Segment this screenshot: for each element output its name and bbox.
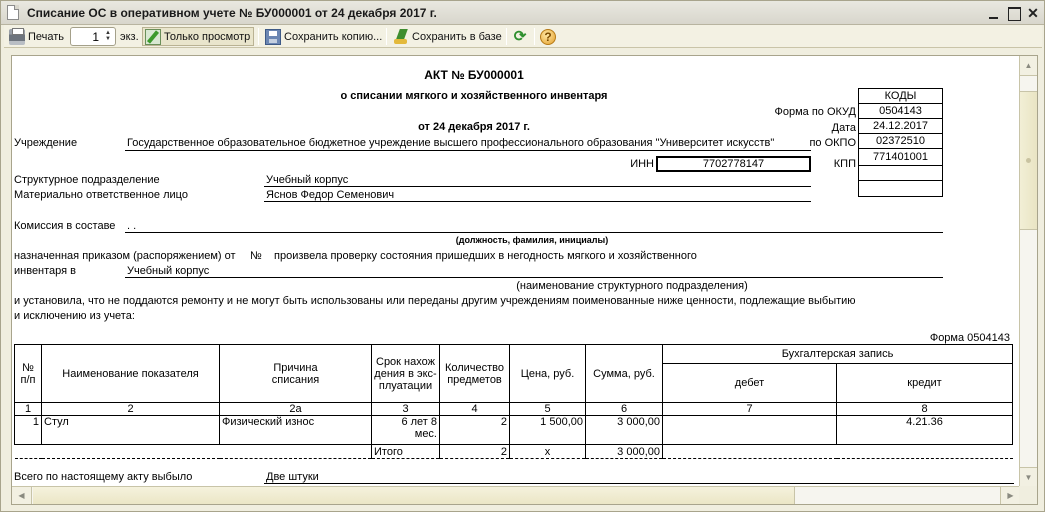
copies-unit: экз. [120,27,139,46]
toolbar: Печать 1 ▲▼ экз. Только просмотр Сохрани… [4,25,1042,48]
cell-reason[interactable]: Физический износ [220,416,372,445]
date-code: 24.12.2017 [859,119,942,134]
underline [125,277,943,278]
mol-label: Материально ответственное лицо [14,189,188,201]
order-text-2: произвела проверку состояния пришедших в… [274,250,697,262]
inn-label: ИНН [592,158,654,170]
okpo-code: 02372510 [859,134,942,149]
order-number-label: № [250,250,262,262]
cell-qty[interactable]: 2 [440,416,510,445]
print-label: Печать [28,31,64,43]
total-out-label: Всего по настоящему акту выбыло [14,471,192,483]
inventory-in-label: инвентаря в [14,265,76,277]
header-credit: кредит [837,364,1013,403]
table-header-row: № п/п Наименование показателя Причина сп… [15,345,1013,364]
commission-label: Комиссия в составе [14,220,115,232]
spreadsheet-document-frame: АКТ № БУ000001 о списании мягкого и хозя… [11,55,1038,505]
header-sum: Сумма, руб. [586,345,663,403]
act-date: от 24 декабря 2017 г. [324,121,624,133]
horizontal-scroll-thumb[interactable] [33,487,795,504]
header-accounting: Бухгалтерская запись [663,345,1013,364]
total-qty: 2 [440,445,510,459]
total-sum: 3 000,00 [586,445,663,459]
scroll-right-arrow-icon[interactable]: ▶ [1000,487,1020,504]
col-number: 5 [510,403,586,416]
col-number: 4 [440,403,510,416]
copies-unit-label: экз. [120,31,139,43]
cell-price[interactable]: 1 500,00 [510,416,586,445]
copies-stepper[interactable]: 1 ▲▼ [70,27,116,46]
spin-arrows-icon[interactable]: ▲▼ [103,30,113,43]
refresh-icon: ⟳ [512,29,528,45]
established-line-2: и исключению из учета: [14,310,135,322]
header-reason: Причина списания [220,345,372,403]
help-button[interactable]: ? [540,27,559,46]
order-text: назначенная приказом (распоряжением) от [14,250,236,262]
header-qty: Количество предметов [440,345,510,403]
total-price: x [510,445,586,459]
inn-value: 7702778147 [656,156,811,172]
spreadsheet-document[interactable]: АКТ № БУ000001 о списании мягкого и хозя… [12,56,1020,487]
act-subtitle: о списании мягкого и хозяйственного инве… [274,90,674,102]
printer-icon [9,29,25,45]
codes-table: КОДЫ 0504143 24.12.2017 02372510 7714010… [858,88,943,197]
underline [264,186,811,187]
floppy-disk-icon [265,29,281,45]
institution-label: Учреждение [14,137,77,149]
col-number: 1 [15,403,42,416]
help-icon: ? [540,29,556,45]
total-out-value: Две штуки [266,471,319,483]
underline [264,483,1014,484]
cell-no[interactable]: 1 [15,416,42,445]
col-number: 7 [663,403,837,416]
commission-hint: (должность, фамилия, инициалы) [432,235,632,245]
vertical-scrollbar[interactable]: ▲ ▼ [1019,56,1037,487]
col-number: 6 [586,403,663,416]
commission-value: . . [127,220,136,232]
save-copy-button[interactable]: Сохранить копию... [265,27,382,46]
division-hint: (наименование структурного подразделения… [482,280,782,292]
header-price: Цена, руб. [510,345,586,403]
save-to-database-button[interactable]: Сохранить в базе [393,27,502,46]
codes-header: КОДЫ [859,89,942,104]
vertical-scroll-thumb[interactable] [1020,91,1037,230]
refresh-button[interactable]: ⟳ [512,27,531,46]
print-button[interactable]: Печать [9,27,64,46]
header-debit: дебет [663,364,837,403]
view-only-toggle[interactable]: Только просмотр [142,27,254,46]
empty-code-1 [859,166,942,181]
scroll-down-arrow-icon[interactable]: ▼ [1020,467,1037,487]
save-db-label: Сохранить в базе [412,31,502,43]
cell-term[interactable]: 6 лет 8 мес. [372,416,440,445]
okud-code: 0504143 [859,104,942,119]
close-button[interactable]: ✕ [1025,5,1041,21]
underline [264,201,811,202]
column-numbers-row: 1 2 2а 3 4 5 6 7 8 [15,403,1013,416]
kpp-code: 771401001 [859,149,942,166]
established-line-1: и установила, что не поддаются ремонту и… [14,295,856,307]
col-number: 8 [837,403,1013,416]
empty-code-2 [859,181,942,196]
date-label: Дата [772,122,856,134]
separator [386,28,387,45]
inventory-in-value: Учебный корпус [127,265,209,277]
institution-value: Государственное образовательное бюджетно… [127,137,774,149]
items-table: № п/п Наименование показателя Причина сп… [14,344,1013,459]
okpo-label: по ОКПО [772,137,856,149]
header-name: Наименование показателя [42,345,220,403]
total-label: Итого [372,445,440,459]
cell-name[interactable]: Стул [42,416,220,445]
save-copy-label: Сохранить копию... [284,31,382,43]
separator [534,28,535,45]
underline [125,232,943,233]
cell-credit[interactable]: 4.21.36 [837,416,1013,445]
horizontal-scrollbar[interactable]: ◀ ▶ [12,486,1020,504]
window-title: Списание ОС в оперативном учете № БУ0000… [27,6,437,20]
underline [125,150,811,151]
cell-debit[interactable] [663,416,837,445]
total-row: Итого 2 x 3 000,00 [15,445,1013,459]
document-icon [7,5,19,20]
separator [506,28,507,45]
title-bar: Списание ОС в оперативном учете № БУ0000… [1,1,1044,25]
division-label: Структурное подразделение [14,174,160,186]
col-number: 2 [42,403,220,416]
cell-sum[interactable]: 3 000,00 [586,416,663,445]
act-title: АКТ № БУ000001 [324,68,624,82]
okud-label: Форма по ОКУД [712,106,856,118]
scroll-left-arrow-icon[interactable]: ◀ [12,487,32,504]
col-number: 3 [372,403,440,416]
division-value: Учебный корпус [266,174,348,186]
form-code: Форма 0504143 [812,332,1010,344]
scroll-up-arrow-icon[interactable]: ▲ [1020,56,1037,76]
header-term: Срок нахождения в экс-плуатации [372,345,440,403]
maximize-button[interactable] [1006,5,1022,21]
header-no: № п/п [15,345,42,403]
minimize-button[interactable] [986,5,1002,21]
edit-table-icon [145,29,161,45]
separator [258,28,259,45]
document-window: Списание ОС в оперативном учете № БУ0000… [0,0,1045,512]
total-spacer [15,445,372,459]
table-row[interactable]: 1 Стул Физический износ 6 лет 8 мес. 2 1… [15,416,1013,445]
save-to-database-icon [393,29,409,45]
col-number: 2а [220,403,372,416]
scroll-corner [1019,486,1037,504]
view-only-label: Только просмотр [164,31,250,43]
mol-value: Яснов Федор Семенович [266,189,394,201]
total-spacer [663,445,1013,459]
copies-value[interactable]: 1 [92,30,99,44]
